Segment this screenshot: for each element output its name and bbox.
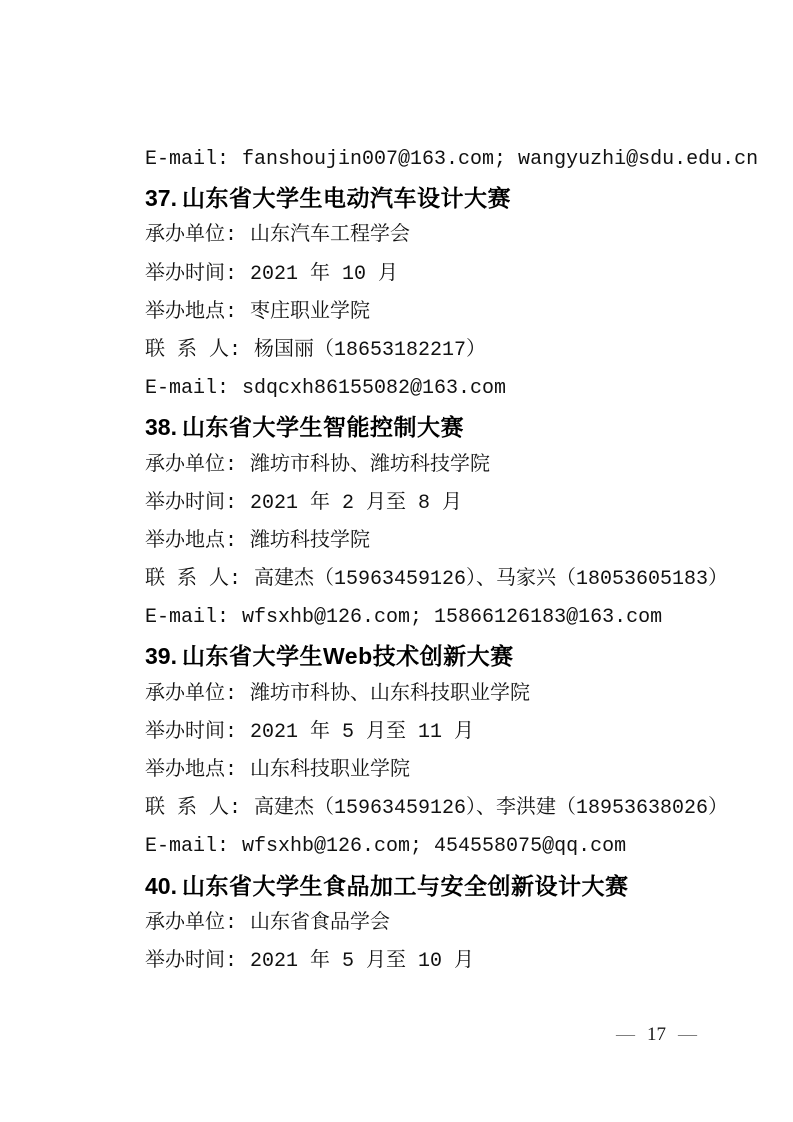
field-label: 承办单位: [145, 224, 237, 247]
footer-dash-left: — [616, 1024, 635, 1045]
field-line-email-carryover: E-mail:fanshoujin007@163.com; wangyuzhi@… [145, 141, 745, 179]
competition-title: 40.山东省大学生食品加工与安全创新设计大赛 [145, 867, 745, 905]
field-value: 潍坊科技学院 [250, 530, 370, 553]
footer-dash-right: — [678, 1024, 697, 1045]
competition-number: 40. [145, 873, 177, 899]
field-line-contact: 联 系 人:高建杰（15963459126）、李洪建（18953638026） [145, 790, 745, 828]
competition-number: 39. [145, 643, 177, 669]
field-value: wfsxhb@126.com; 454558075@qq.com [242, 835, 626, 858]
field-label: 举办地点: [145, 301, 237, 324]
competition-title-text: 山东省大学生Web技术创新大赛 [182, 643, 514, 669]
competition-title: 37.山东省大学生电动汽车设计大赛 [145, 179, 745, 217]
field-line-email: E-mail:wfsxhb@126.com; 454558075@qq.com [145, 828, 745, 866]
field-line-contact: 联 系 人:高建杰（15963459126）、马家兴（18053605183） [145, 561, 745, 599]
field-label: 举办时间: [145, 263, 237, 286]
field-value: 2021 年 10 月 [250, 263, 398, 286]
field-label: 联 系 人: [145, 568, 241, 591]
field-line-organizer: 承办单位:山东省食品学会 [145, 905, 745, 943]
field-label: E-mail: [145, 377, 229, 400]
field-value: sdqcxh86155082@163.com [242, 377, 506, 400]
field-line-organizer: 承办单位:潍坊市科协、潍坊科技学院 [145, 447, 745, 485]
competition-title: 39.山东省大学生Web技术创新大赛 [145, 637, 745, 675]
field-label: 举办地点: [145, 759, 237, 782]
field-value: 杨国丽（18653182217） [254, 339, 486, 362]
field-label: E-mail: [145, 835, 229, 858]
field-value: 高建杰（15963459126）、马家兴（18053605183） [254, 568, 728, 591]
field-label: 举办时间: [145, 492, 237, 515]
page-footer: —17— [616, 1024, 697, 1046]
field-label: 承办单位: [145, 683, 237, 706]
field-line-email: E-mail:wfsxhb@126.com; 15866126183@163.c… [145, 599, 745, 637]
field-value: 潍坊市科协、潍坊科技学院 [250, 454, 490, 477]
field-line-organizer: 承办单位:潍坊市科协、山东科技职业学院 [145, 676, 745, 714]
field-value: 2021 年 5 月至 10 月 [250, 950, 474, 973]
field-value: 山东汽车工程学会 [250, 224, 410, 247]
field-label: 举办时间: [145, 721, 237, 744]
field-label: E-mail: [145, 606, 229, 629]
field-label: 联 系 人: [145, 797, 241, 820]
field-label: E-mail: [145, 148, 229, 171]
document-content: E-mail:fanshoujin007@163.com; wangyuzhi@… [145, 141, 745, 981]
field-label: 举办时间: [145, 950, 237, 973]
field-value: wfsxhb@126.com; 15866126183@163.com [242, 606, 662, 629]
competition-title-text: 山东省大学生电动汽车设计大赛 [182, 185, 511, 211]
field-line-organizer: 承办单位:山东汽车工程学会 [145, 217, 745, 255]
field-line-location: 举办地点:山东科技职业学院 [145, 752, 745, 790]
field-line-time: 举办时间:2021 年 5 月至 11 月 [145, 714, 745, 752]
competition-title-text: 山东省大学生智能控制大赛 [182, 414, 464, 440]
field-line-time: 举办时间:2021 年 5 月至 10 月 [145, 943, 745, 981]
field-line-time: 举办时间:2021 年 2 月至 8 月 [145, 485, 745, 523]
competition-number: 37. [145, 185, 177, 211]
field-value: 高建杰（15963459126）、李洪建（18953638026） [254, 797, 728, 820]
field-label: 承办单位: [145, 912, 237, 935]
field-value: fanshoujin007@163.com; wangyuzhi@sdu.edu… [242, 148, 758, 171]
field-line-time: 举办时间:2021 年 10 月 [145, 256, 745, 294]
field-value: 山东省食品学会 [250, 912, 390, 935]
field-value: 2021 年 2 月至 8 月 [250, 492, 462, 515]
page-number: 17 [647, 1024, 666, 1045]
field-line-location: 举办地点:枣庄职业学院 [145, 294, 745, 332]
field-value: 枣庄职业学院 [250, 301, 370, 324]
competition-number: 38. [145, 414, 177, 440]
field-value: 潍坊市科协、山东科技职业学院 [250, 683, 530, 706]
field-value: 2021 年 5 月至 11 月 [250, 721, 474, 744]
field-line-location: 举办地点:潍坊科技学院 [145, 523, 745, 561]
field-label: 举办地点: [145, 530, 237, 553]
competition-title: 38.山东省大学生智能控制大赛 [145, 408, 745, 446]
field-label: 承办单位: [145, 454, 237, 477]
field-value: 山东科技职业学院 [250, 759, 410, 782]
field-line-contact: 联 系 人:杨国丽（18653182217） [145, 332, 745, 370]
field-line-email: E-mail:sdqcxh86155082@163.com [145, 370, 745, 408]
document-page: E-mail:fanshoujin007@163.com; wangyuzhi@… [0, 0, 793, 1122]
field-label: 联 系 人: [145, 339, 241, 362]
competition-title-text: 山东省大学生食品加工与安全创新设计大赛 [182, 873, 629, 899]
